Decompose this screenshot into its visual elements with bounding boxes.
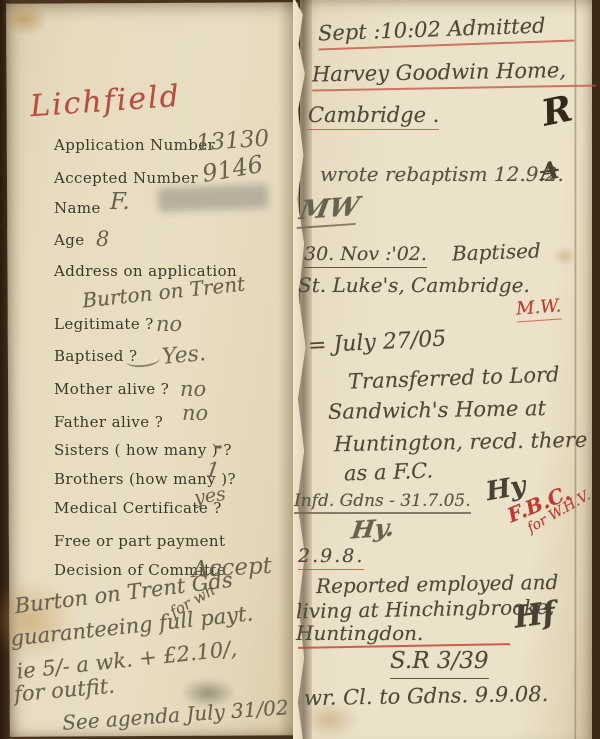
underlined-date-red: 2.9.8. [298, 545, 364, 570]
initials-mw: MW [297, 192, 362, 229]
entry-transfer-line2: Sandwich's Home at [328, 396, 546, 424]
employed-initials: Hf [512, 595, 558, 635]
underlined-date: 30. Nov :'02. [304, 243, 427, 268]
field-label: Age [54, 231, 85, 249]
entry-transfer-line4: as a F.C. [344, 458, 434, 485]
entry-rebaptism: wrote rebaptism 12.9.2. [320, 162, 564, 186]
field-label: Accepted Number [54, 169, 198, 187]
field-label: Application Number [54, 136, 215, 154]
field-value: yes [193, 483, 227, 509]
field-label: Name [54, 199, 101, 217]
red-initials-mw: M.W. [515, 295, 562, 319]
field-label: Legitimate ? [54, 315, 154, 333]
underlined-red-initials: M.W. [515, 295, 562, 322]
scanned-admission-record: Lichfield Application Number 13130 Accep… [0, 0, 600, 739]
entry-employed-date: 2.9.8. [298, 545, 364, 567]
field-value: no [156, 312, 182, 336]
rebaptism-monogram: A [538, 155, 560, 186]
right-page-crease [574, 0, 577, 739]
field-value: - [214, 433, 223, 458]
entry-informed: Infd. Gdns - 31.7.05. [294, 491, 471, 511]
entry-closing: wr. Cl. to Gdns. 9.9.08. [304, 682, 549, 710]
entry-baptised-text: Baptised [452, 238, 542, 265]
field-label: Mother alive ? [54, 380, 169, 398]
underlined-reference: S.R 3/39 [390, 648, 489, 679]
entry-transfer-line3: Huntington, recd. there [334, 428, 588, 456]
underlined-text: Cambridge . [308, 103, 439, 130]
field-value: no [182, 401, 208, 425]
field-value: F. [110, 189, 130, 215]
entry-baptised-date: 30. Nov :'02. [304, 243, 427, 265]
entry-employed-line1: Reported employed and [316, 570, 559, 598]
informed-initials: Hy. [350, 513, 397, 545]
entry-employed-line3: Huntingdon. [296, 621, 423, 645]
field-label: Free or part payment [54, 532, 225, 550]
field-value: no [180, 377, 206, 401]
field-value: Yes. [161, 341, 207, 370]
field-label: Father alive ? [54, 413, 163, 431]
entry-admitted-line2: Harvey Goodwin Home, [312, 58, 597, 92]
underlined-text: Infd. Gdns - 31.7.05. [294, 491, 471, 514]
field-label: Sisters ( how many ) ? [54, 441, 232, 459]
entry-baptised-line2: St. Luke's, Cambridge. [298, 273, 530, 297]
field-value: 8 [96, 227, 109, 251]
entry-reference: S.R 3/39 [390, 648, 489, 674]
redacted-name-area [158, 184, 269, 212]
entry-admitted-line3: Cambridge . [308, 103, 439, 127]
